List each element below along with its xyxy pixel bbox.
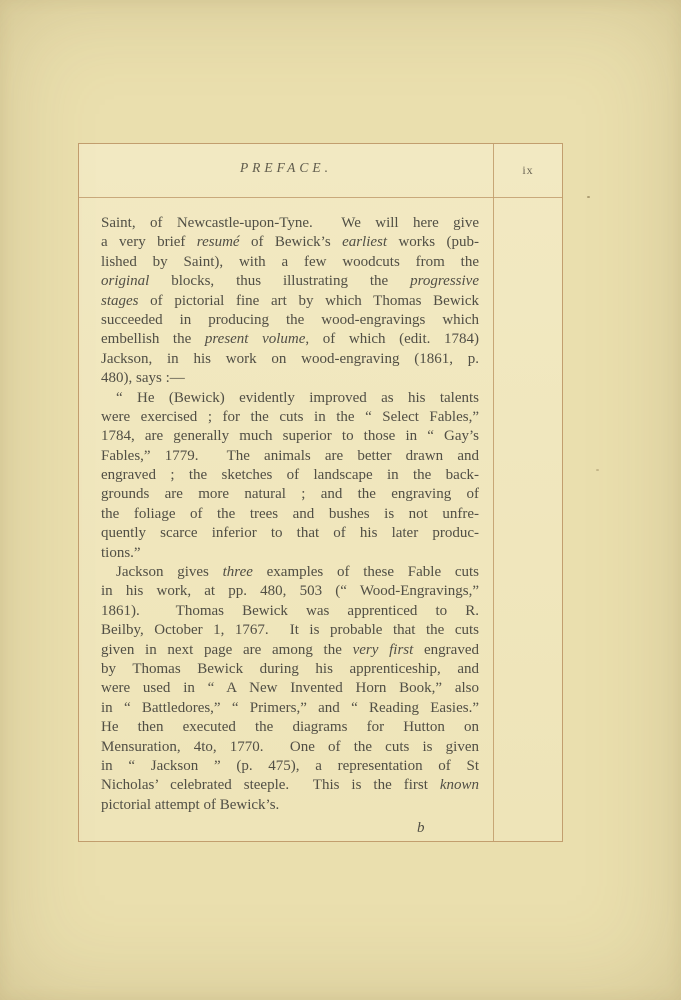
text-line: tions.” <box>101 544 479 563</box>
text-line: were exercised ; for the cuts in the “ S… <box>101 408 479 427</box>
text-line: were used in “ A New Invented Horn Book,… <box>101 679 479 698</box>
text-segment: “ He (Bewick) evidently improved as his … <box>116 390 479 406</box>
text-segment: grounds are more natural ; and the engra… <box>101 486 479 502</box>
text-line: grounds are more natural ; and the engra… <box>101 485 479 504</box>
text-line: in “ Jackson ” (p. 475), a representatio… <box>101 757 479 776</box>
text-line: embellish the present volume, of which (… <box>101 330 479 349</box>
text-line: Mensuration, 4to, 1770. One of the cuts … <box>101 738 479 757</box>
text-line: engraved ; the sketches of landscape in … <box>101 466 479 485</box>
text-segment: by Thomas Bewick during his apprenticesh… <box>101 661 479 677</box>
text-segment: succeeded in producing the wood-engravin… <box>101 312 479 328</box>
page-border-frame: PREFACE. ix Saint, of Newcastle-upon-Tyn… <box>78 143 563 842</box>
text-segment: 1784, are generally much superior to tho… <box>101 428 479 444</box>
margin-divider-line <box>493 144 494 841</box>
text-segment: in “ Jackson ” (p. 475), a representatio… <box>101 758 479 774</box>
text-segment: the foliage of the trees and bushes is n… <box>101 506 479 522</box>
text-segment: , of which (edit. 1784) <box>305 331 479 347</box>
italic-text-segment: known <box>440 777 479 793</box>
text-segment: pictorial attempt of Bewick’s. <box>101 797 279 813</box>
text-segment: blocks, thus illustrating the <box>149 273 410 289</box>
text-line: He then executed the diagrams for Hutton… <box>101 718 479 737</box>
text-line: pictorial attempt of Bewick’s. <box>101 796 479 815</box>
text-segment: 480), says :— <box>101 370 185 386</box>
text-segment: a very brief <box>101 234 197 250</box>
text-line: Jackson gives three examples of these Fa… <box>101 563 479 582</box>
text-line: original blocks, thus illustrating the p… <box>101 272 479 291</box>
italic-text-segment: present volume <box>205 331 306 347</box>
text-segment: Mensuration, 4to, 1770. One of the cuts … <box>101 739 479 755</box>
text-line: quently scarce inferior to that of his l… <box>101 524 479 543</box>
text-segment: were used in “ A New Invented Horn Book,… <box>101 680 479 696</box>
text-line: given in next page are among the very fi… <box>101 641 479 660</box>
text-line: Nicholas’ celebrated steeple. This is th… <box>101 776 479 795</box>
text-segment: Fables,” 1779. The animals are better dr… <box>101 448 479 464</box>
text-segment: 1861). Thomas Bewick was apprenticed to … <box>101 603 479 619</box>
text-segment: lished by Saint), with a few woodcuts fr… <box>101 254 479 270</box>
text-segment: He then executed the diagrams for Hutton… <box>101 719 479 735</box>
text-segment: engraved <box>413 642 479 658</box>
text-line: stages of pictorial fine art by which Th… <box>101 292 479 311</box>
paper-speck <box>587 196 590 198</box>
text-line: Beilby, October 1, 1767. It is probable … <box>101 621 479 640</box>
text-segment: given in next page are among the <box>101 642 353 658</box>
text-line: Fables,” 1779. The animals are better dr… <box>101 447 479 466</box>
text-line: 480), says :— <box>101 369 479 388</box>
body-text: Saint, of Newcastle-upon-Tyne. We will h… <box>101 214 479 815</box>
text-segment: engraved ; the sketches of landscape in … <box>101 467 479 483</box>
italic-text-segment: stages <box>101 293 139 309</box>
text-line: Jackson, in his work on wood-engraving (… <box>101 350 479 369</box>
text-line: Saint, of Newcastle-upon-Tyne. We will h… <box>101 214 479 233</box>
text-line: lished by Saint), with a few woodcuts fr… <box>101 253 479 272</box>
text-segment: Jackson, in his work on wood-engraving (… <box>101 351 479 367</box>
italic-text-segment: earliest <box>342 234 387 250</box>
italic-text-segment: original <box>101 273 149 289</box>
text-segment: works (pub- <box>387 234 479 250</box>
text-line: in his work, at pp. 480, 503 (“ Wood-Eng… <box>101 582 479 601</box>
text-segment: tions.” <box>101 545 141 561</box>
text-segment: in his work, at pp. 480, 503 (“ Wood-Eng… <box>101 583 479 599</box>
italic-text-segment: resumé <box>197 234 240 250</box>
text-segment: of pictorial fine art by which Thomas Be… <box>139 293 480 309</box>
page-title: PREFACE. <box>79 160 493 176</box>
page-number: ix <box>493 163 563 178</box>
text-line: 1784, are generally much superior to tho… <box>101 427 479 446</box>
text-segment: Saint, of Newcastle-upon-Tyne. We will h… <box>101 215 479 231</box>
text-line: succeeded in producing the wood-engravin… <box>101 311 479 330</box>
text-segment: embellish the <box>101 331 205 347</box>
text-segment: of Bewick’s <box>240 234 342 250</box>
text-line: 1861). Thomas Bewick was apprenticed to … <box>101 602 479 621</box>
text-segment: Jackson gives <box>116 564 223 580</box>
text-segment: in “ Battledores,” “ Primers,” and “ Rea… <box>101 700 479 716</box>
text-line: a very brief resumé of Bewick’s earliest… <box>101 233 479 252</box>
text-line: “ He (Bewick) evidently improved as his … <box>101 389 479 408</box>
signature-mark: b <box>417 820 447 837</box>
text-segment: quently scarce inferior to that of his l… <box>101 525 479 541</box>
text-line: in “ Battledores,” “ Primers,” and “ Rea… <box>101 699 479 718</box>
text-segment: Beilby, October 1, 1767. It is probable … <box>101 622 479 638</box>
header-divider-rule <box>79 197 562 198</box>
paper-speck <box>596 469 599 471</box>
italic-text-segment: three <box>223 564 253 580</box>
text-segment: examples of these Fable cuts <box>253 564 479 580</box>
italic-text-segment: progressive <box>410 273 479 289</box>
text-segment: Nicholas’ celebrated steeple. This is th… <box>101 777 440 793</box>
italic-text-segment: very first <box>353 642 414 658</box>
text-segment: were exercised ; for the cuts in the “ S… <box>101 409 479 425</box>
text-line: the foliage of the trees and bushes is n… <box>101 505 479 524</box>
text-line: by Thomas Bewick during his apprenticesh… <box>101 660 479 679</box>
